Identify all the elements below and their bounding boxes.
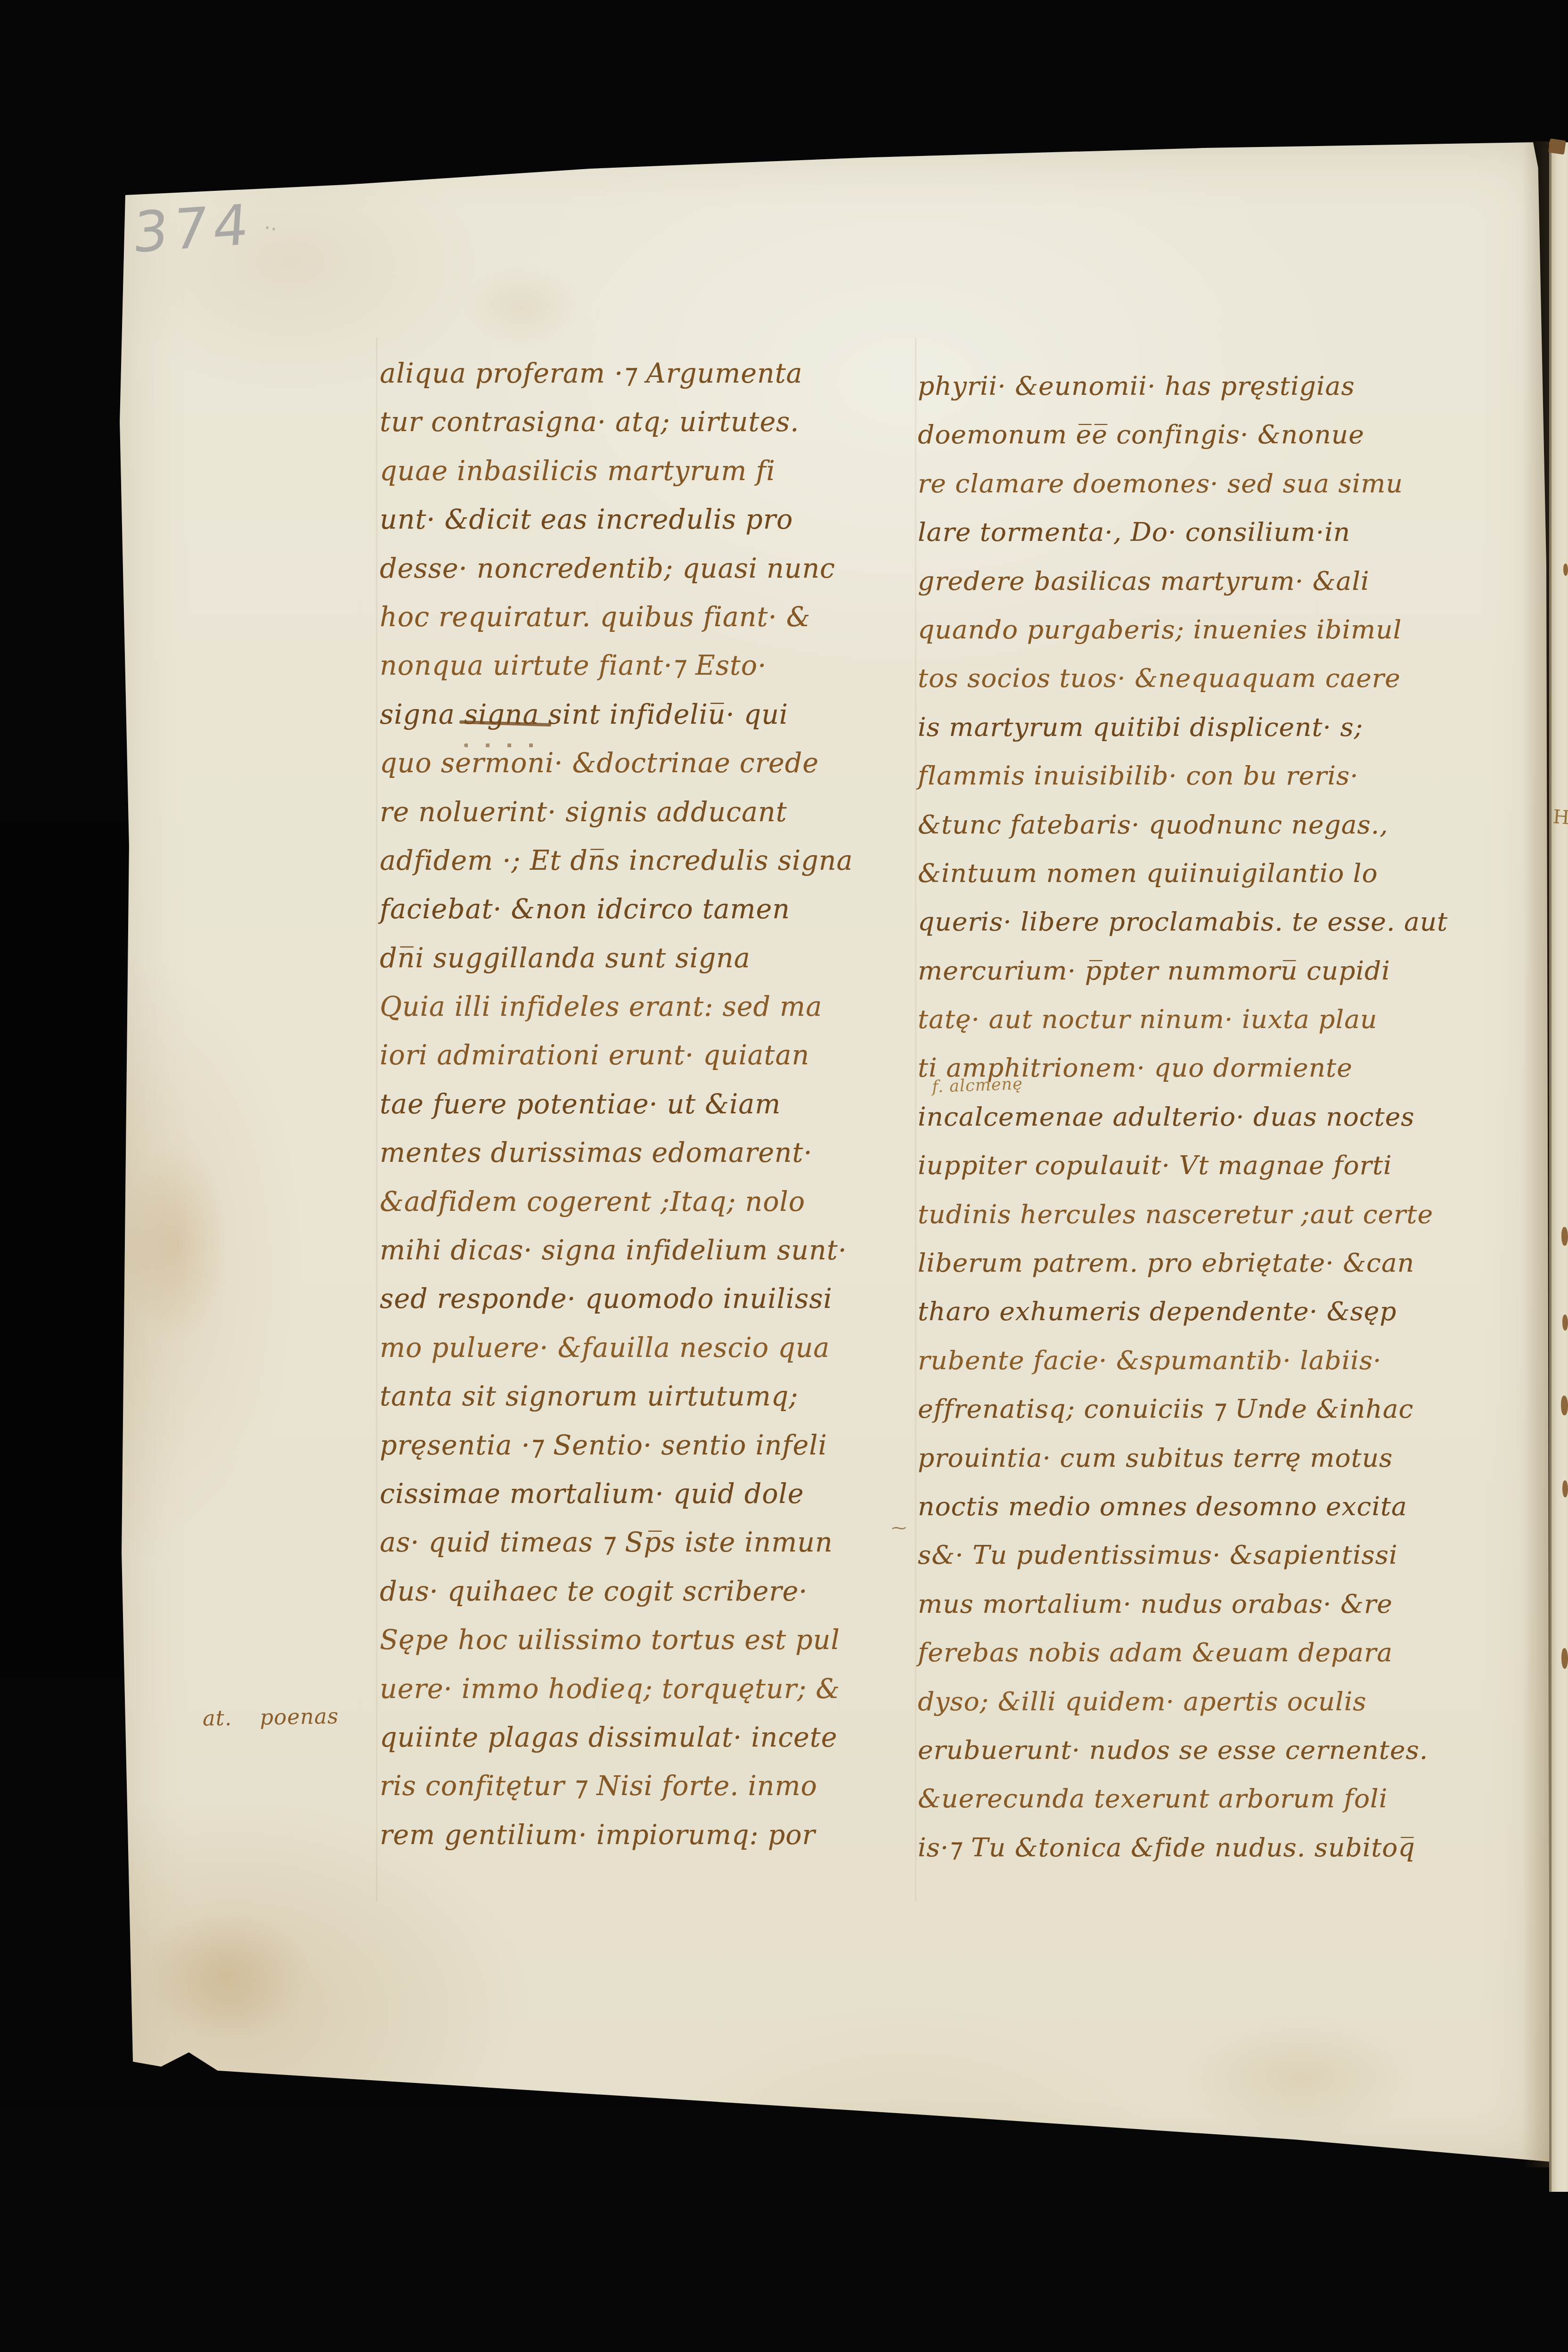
text-line: hoc requiratur. quibus fiant· & [380, 593, 903, 642]
text-line: is martyrum quitibi displicent· s; [918, 703, 1464, 751]
text-line: ris confitętur ⁊ Nisi forte. inmo [380, 1762, 903, 1811]
text-line: sed responde· quomodo inuilissi [380, 1275, 903, 1323]
text-line: tae fuere potentiae· ut &iam [380, 1080, 903, 1129]
text-line: dn̅i suggillanda sunt signa [380, 934, 903, 983]
ruling-line-right [915, 337, 916, 1902]
text-line: pręsentia ·⁊ Sentio· sentio infeli [380, 1421, 903, 1470]
text-line: as· quid timeas ⁊ Sp̅s iste inmun [380, 1519, 903, 1567]
text-line: mihi dicas· signa infidelium sunt· [380, 1226, 903, 1275]
margin-note: at. poenas [203, 1703, 339, 1731]
text-line: quando purgaberis; inuenies ibimul [918, 605, 1464, 654]
facing-page-text-fragment [1562, 1480, 1568, 1497]
text-line: &adfidem cogerent ;Itaq; nolo [380, 1178, 903, 1226]
text-line: phyrii· &eunomii· has pręstigias [918, 362, 1464, 410]
text-line: &uerecunda texerunt arborum foli [918, 1774, 1464, 1823]
text-line: cissimae mortalium· quid dole [380, 1470, 903, 1519]
facing-page-text-fragment [1561, 1396, 1568, 1415]
text-line: quo sermoni· &doctrinae crede [380, 739, 903, 788]
text-line: ferebas nobis adam &euam depara [918, 1628, 1464, 1677]
text-line: &intuum nomen quiinuigilantio lo [918, 849, 1464, 898]
text-column-right: phyrii· &eunomii· has pręstigiasdoemonu… [918, 362, 1464, 1872]
text-line: rubente facie· &spumantib· labiis· [918, 1336, 1464, 1385]
text-line: iori admirationi erunt· quiatan [380, 1031, 903, 1080]
photographed-manuscript-scene: H 374 ·· aliqua proferam ·⁊ Argumentatur… [0, 0, 1568, 2352]
text-line: lare tormenta·, Do· consilium·in [918, 508, 1464, 556]
text-line: mentes durissimas edomarent· [380, 1129, 903, 1177]
text-line: faciebat· &non idcirco tamen [380, 885, 903, 934]
expunction-dots [464, 743, 549, 747]
text-line: aliqua proferam ·⁊ Argumenta [380, 350, 903, 398]
text-line: mo puluere· &fauilla nescio qua [380, 1324, 903, 1372]
text-line: signa signa sint infideliu̅· qui [380, 691, 903, 739]
text-line: noctis medio omnes desomno excita [918, 1482, 1464, 1531]
text-line: is·⁊ Tu &tonica &fide nudus. subitoq̅ [918, 1823, 1464, 1872]
text-line: tur contrasigna· atq; uirtutes. [380, 398, 903, 447]
text-line: nonqua uirtute fiant·⁊ Esto· [380, 642, 903, 690]
facing-page-text-fragment [1562, 1315, 1568, 1331]
text-line: flammis inuisibilib· con bu reris· [918, 751, 1464, 800]
text-line: uere· immo hodieq; torquętur; & [380, 1665, 903, 1714]
next-folio-edge [1549, 142, 1568, 2192]
text-line: unt· &dicit eas incredulis pro [380, 496, 903, 544]
text-line: quae inbasilicis martyrum fi [380, 447, 903, 496]
pencil-folio-number: 374 [131, 192, 255, 266]
edge-quire-mark: H [1552, 806, 1568, 829]
text-line: liberum patrem. pro ebriętate· &can [918, 1239, 1464, 1287]
text-line: desse· noncredentib; quasi nunc [380, 545, 903, 593]
margin-squiggle: ⁓ [891, 1519, 906, 1537]
text-line: queris· libere proclamabis. te esse. aut [918, 898, 1464, 946]
text-line: Sępe hoc uilissimo tortus est pul [380, 1616, 903, 1665]
facing-page-text-fragment [1561, 1648, 1568, 1669]
text-line: erubuerunt· nudos se esse cernentes. [918, 1726, 1464, 1774]
text-line: tharo exhumeris dependente· &sęp [918, 1287, 1464, 1336]
text-line: tanta sit signorum uirtutumq; [380, 1372, 903, 1421]
text-line: incalcemenae adulterio· duas noctes [918, 1093, 1464, 1141]
text-line: &tunc fatebaris· quodnunc negas., [918, 800, 1464, 849]
text-line: re clamare doemones· sed sua simu [918, 459, 1464, 508]
text-line: quiinte plagas dissimulat· incete [380, 1714, 903, 1762]
text-line: doemonum e̅e̅ confingis· &nonue [918, 410, 1464, 459]
text-line: adfidem ·; Et dn̅s incredulis signa [380, 837, 903, 885]
text-line: mus mortalium· nudus orabas· &re [918, 1580, 1464, 1628]
text-line: re noluerint· signis adducant [380, 788, 903, 837]
text-line: mercurium· p̅pter nummoru̅ cupidi [918, 947, 1464, 995]
ruling-line-left [376, 337, 377, 1902]
text-line: dyso; &illi quidem· apertis oculis [918, 1677, 1464, 1726]
text-line: tatę· aut noctur ninum· iuxta plau [918, 995, 1464, 1044]
text-line: iuppiter copulauit· Vt magnae forti [918, 1141, 1464, 1190]
interlinear-gloss: f. alcmenę [931, 1075, 1023, 1097]
text-line: gredere basilicas martyrum· &ali [918, 557, 1464, 605]
text-line: dus· quihaec te cogit scribere· [380, 1568, 903, 1616]
facing-page-text-fragment [1563, 563, 1568, 576]
text-line: tudinis hercules nasceretur ;aut certe [918, 1190, 1464, 1239]
text-line: s&· Tu pudentissimus· &sapientissi [918, 1531, 1464, 1579]
facing-page-text-fragment [1561, 1227, 1568, 1246]
text-line: rem gentilium· impiorumq: por [380, 1811, 903, 1860]
text-line: Quia illi infideles erant: sed ma [380, 983, 903, 1031]
text-line: tos socios tuos· &nequaquam caere [918, 654, 1464, 702]
next-folio-corner [1548, 139, 1566, 155]
text-line: effrenatisq; conuiciis ⁊ Unde &inhac [918, 1385, 1464, 1433]
text-column-left: aliqua proferam ·⁊ Argumentatur contrasi… [380, 350, 903, 1860]
text-line: prouintia· cum subitus terrę motus [918, 1434, 1464, 1482]
